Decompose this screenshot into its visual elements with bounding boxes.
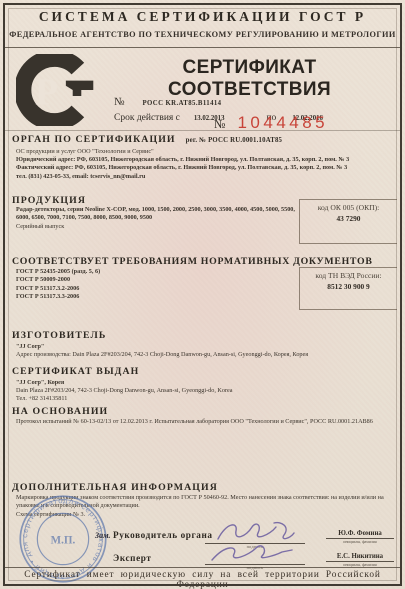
rst-logo-icon: Р bbox=[16, 54, 102, 126]
header-divider bbox=[5, 47, 400, 48]
issued-details: "JJ Corp", Корея Dain Plaza 2F#203/204, … bbox=[16, 379, 393, 404]
org-legal-address: Юридический адрес: РФ, 603105, Нижегород… bbox=[16, 156, 393, 164]
certificate-page: СИСТЕМА СЕРТИФИКАЦИИ ГОСТ Р ФЕДЕРАЛЬНОЕ … bbox=[0, 0, 405, 589]
org-details: ОС продукции и услуг ООО "Технологии и С… bbox=[16, 148, 393, 181]
footer-divider bbox=[5, 567, 400, 568]
blank-number-sign: № bbox=[214, 117, 225, 131]
footer-legal-text: Сертификат имеет юридическую силу на все… bbox=[10, 570, 395, 589]
standards-heading: СООТВЕТСТВУЕТ ТРЕБОВАНИЯМ НОРМАТИВНЫХ ДО… bbox=[12, 256, 373, 267]
okp-code-box: код ОК 005 (ОКП): 43 7290 bbox=[299, 199, 397, 244]
product-serial: Серийный выпуск bbox=[16, 223, 64, 231]
standard-item: ГОСТ Р 51317.3.3-2006 bbox=[16, 293, 100, 301]
standard-item: ГОСТ Р 52435-2005 (разд. 5, 6) bbox=[16, 268, 100, 276]
org-contacts: тел. (831) 423-05-33, email: tcservis_nn… bbox=[16, 173, 393, 181]
standards-list: ГОСТ Р 52435-2005 (разд. 5, 6) ГОСТ Р 50… bbox=[16, 268, 100, 302]
rst-logo: Р bbox=[16, 54, 102, 126]
tnved-code-value: 8512 30 900 9 bbox=[300, 282, 397, 291]
head-role-label: Руководитель органа bbox=[113, 530, 213, 540]
issued-phone: Тел. +82 314135811 bbox=[16, 395, 393, 403]
org-heading-row: ОРГАН ПО СЕРТИФИКАЦИИ рег. № РОСС RU.000… bbox=[12, 134, 282, 145]
expert-signature-scribble bbox=[208, 542, 298, 566]
issued-heading: СЕРТИФИКАТ ВЫДАН bbox=[12, 366, 139, 377]
expert-name: Е.С. Никитина bbox=[326, 553, 394, 562]
manufacturer-name: "JJ Corp" bbox=[16, 343, 393, 351]
standard-item: ГОСТ Р 50009-2000 bbox=[16, 276, 100, 284]
head-name-label: инициалы, фамилия bbox=[326, 540, 394, 544]
agency-title: ФЕДЕРАЛЬНОЕ АГЕНТСТВО ПО ТЕХНИЧЕСКОМУ РЕ… bbox=[0, 30, 405, 39]
okp-code-value: 43 7290 bbox=[300, 214, 397, 223]
expert-name-block: Е.С. Никитина инициалы, фамилия bbox=[326, 553, 394, 567]
validity-prefix: Срок действия с bbox=[114, 113, 180, 123]
head-name-block: Ю.Ф. Фомина инициалы, фамилия bbox=[326, 530, 394, 544]
manufacturer-address: Адрес производства: Dain Plaza 2F#203/20… bbox=[16, 351, 393, 359]
org-registration-number: рег. № РОСС RU.0001.10АТ85 bbox=[186, 137, 283, 144]
svg-text:Р: Р bbox=[35, 72, 58, 114]
org-name: ОС продукции и услуг ООО "Технологии и С… bbox=[16, 148, 393, 156]
standard-item: ГОСТ Р 51317.3.2-2006 bbox=[16, 285, 100, 293]
basis-line: Протокол испытаний № 60-13-02/13 от 12.0… bbox=[16, 418, 393, 426]
svg-text:М.П.: М.П. bbox=[51, 534, 76, 546]
manufacturer-details: "JJ Corp" Адрес производства: Dain Plaza… bbox=[16, 343, 393, 359]
manufacturer-heading: ИЗГОТОВИТЕЛЬ bbox=[12, 330, 107, 341]
system-title: СИСТЕМА СЕРТИФИКАЦИИ ГОСТ Р bbox=[0, 9, 405, 25]
product-description: Радар-детекторы, серии Neoline X-COP, мо… bbox=[16, 206, 296, 221]
tnved-code-box: код ТН ВЭД России: 8512 30 900 9 bbox=[299, 267, 397, 310]
head-name: Ю.Ф. Фомина bbox=[326, 530, 394, 539]
issued-name: "JJ Corp", Корея bbox=[16, 379, 393, 387]
title-divider bbox=[5, 130, 400, 131]
expert-role-label: Эксперт bbox=[113, 553, 151, 563]
basis-heading: НА ОСНОВАНИИ bbox=[12, 406, 108, 417]
okp-code-label: код ОК 005 (ОКП): bbox=[300, 203, 397, 212]
product-heading: ПРОДУКЦИЯ bbox=[12, 195, 86, 206]
tnved-code-label: код ТН ВЭД России: bbox=[300, 271, 397, 280]
deputy-note: Зам. bbox=[95, 531, 111, 540]
issued-address: Dain Plaza 2F#203/204, 742-3 Choji-Dong … bbox=[16, 387, 393, 395]
org-actual-address: Фактический адрес: РФ, 603105, Нижегород… bbox=[16, 164, 393, 172]
org-heading: ОРГАН ПО СЕРТИФИКАЦИИ bbox=[12, 134, 176, 145]
certificate-number: РОСС KR.АТ85.В11414 bbox=[143, 100, 222, 107]
